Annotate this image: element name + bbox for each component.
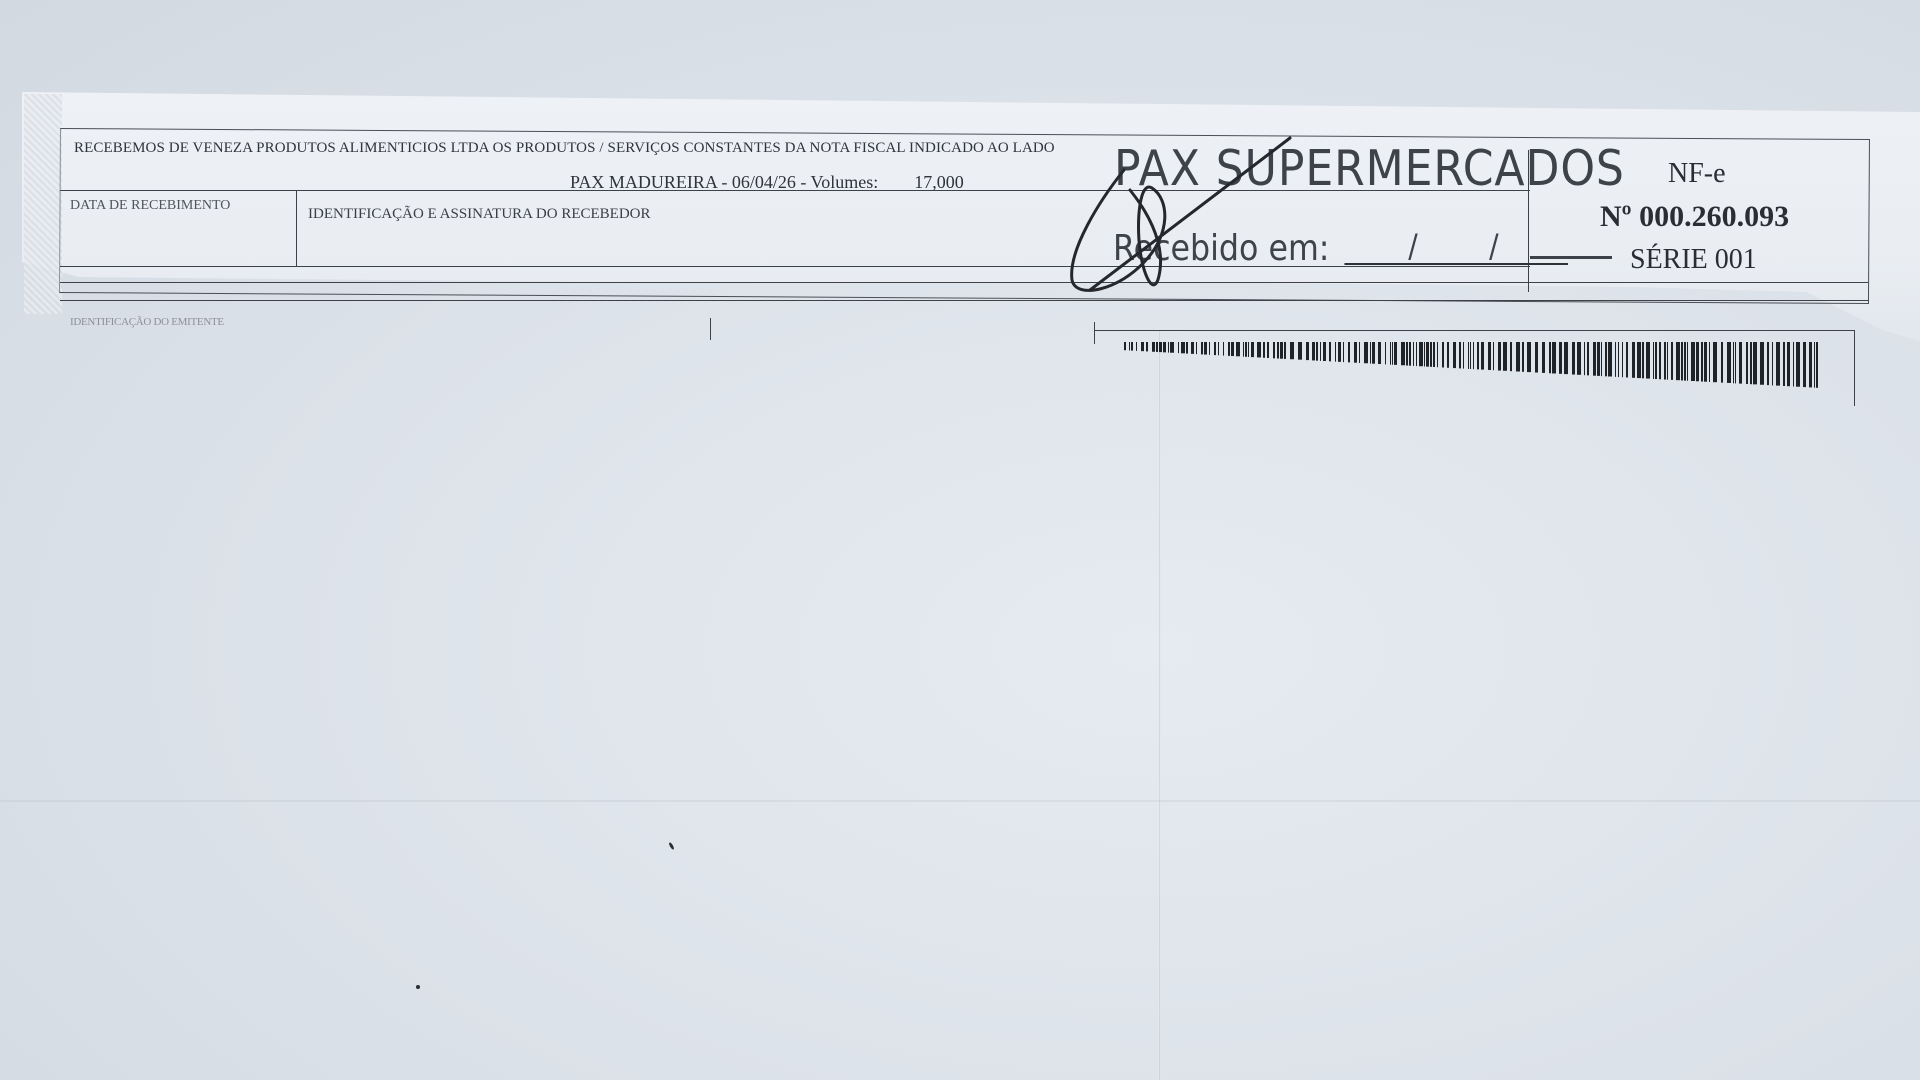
row-divider xyxy=(60,282,1868,283)
invoice-number: Nº 000.260.093 xyxy=(1600,200,1789,234)
column-divider xyxy=(1094,322,1095,344)
perforation-stub xyxy=(24,94,62,314)
barcode-box-top xyxy=(1094,330,1854,331)
received-on-date-blank: / / xyxy=(1340,239,1569,269)
column-divider xyxy=(710,318,711,340)
paper-fold-horizontal xyxy=(0,800,1920,802)
column-divider xyxy=(296,190,297,266)
stamp-date-underline xyxy=(1530,256,1612,259)
issuer-label: IDENTIFICAÇÃO DO EMITENTE xyxy=(70,316,224,328)
recipient-and-date: PAX MADUREIRA - 06/04/26 - Volumes: xyxy=(570,172,878,192)
receipt-declaration: RECEBEMOS DE VENEZA PRODUTOS ALIMENTICIO… xyxy=(74,140,1055,157)
paper-fold-vertical xyxy=(1158,330,1161,1080)
barcode-icon xyxy=(1120,338,1830,388)
barcode-box-right xyxy=(1854,330,1855,406)
volumes-value: 17,000 xyxy=(914,172,964,192)
signature-icon xyxy=(1060,130,1310,310)
signature-field-label: IDENTIFICAÇÃO E ASSINATURA DO RECEBEDOR xyxy=(308,206,651,223)
invoice-type: NF-e xyxy=(1668,158,1726,190)
paper-speck xyxy=(668,842,675,850)
recipient-line: PAX MADUREIRA - 06/04/26 - Volumes:17,00… xyxy=(570,172,964,193)
invoice-series: SÉRIE 001 xyxy=(1630,244,1757,276)
row-divider xyxy=(60,300,1868,301)
paper-speck xyxy=(416,985,420,989)
receipt-date-label: DATA DE RECEBIMENTO xyxy=(70,198,230,214)
